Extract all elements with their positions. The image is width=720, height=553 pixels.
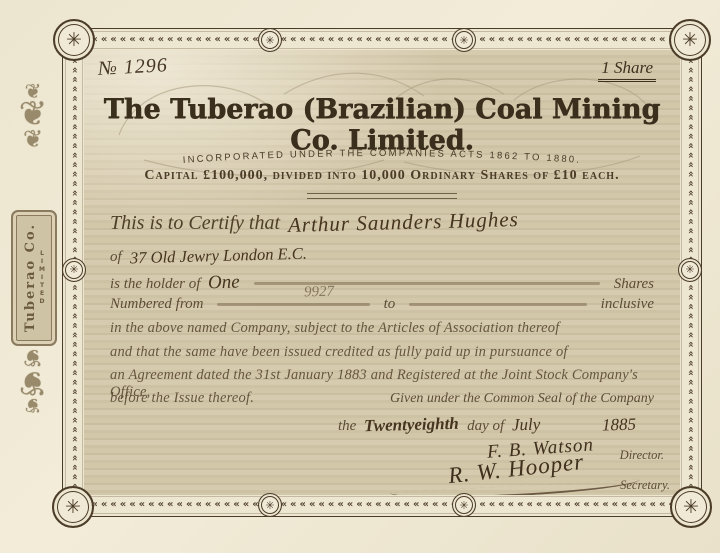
rosette-icon: ✳ <box>669 19 711 61</box>
svg-text:INCORPORATED UNDER THE COMPANI: INCORPORATED UNDER THE COMPANIES ACTS 18… <box>182 148 581 166</box>
rosette-icon: ✳ <box>258 493 282 517</box>
seal-line: before the Issue thereof. Given under th… <box>110 390 654 407</box>
certify-line: This is to Certify that Arthur Saunders … <box>110 210 654 235</box>
address-line: of 37 Old Jewry London E.C. <box>110 246 654 266</box>
of-printed: of <box>110 249 122 266</box>
certificate-panel: № 1296 1 Share The Tuberao (Brazilian) C… <box>84 50 680 495</box>
rosette-icon: ✳ <box>452 493 476 517</box>
to-printed: to <box>384 296 396 313</box>
capital-underline <box>307 193 457 199</box>
capital-line: Capital £100,000, divided into 10,000 Or… <box>84 168 680 184</box>
given-under-seal: Given under the Common Seal of the Compa… <box>390 391 654 407</box>
secretary-label: Secretary. <box>620 478 670 493</box>
floral-ornament-icon: ❦ <box>19 366 48 395</box>
stub-ornament-top: ❦ ❦ ❦ <box>4 84 62 150</box>
border-band-bottom: ««««««««««««««««««««««««««««««««««««««««… <box>62 493 702 517</box>
ruled-line <box>409 303 586 306</box>
before-issue-printed: before the Issue thereof. <box>110 390 254 407</box>
stub-limited-label: LIMITED <box>39 250 46 306</box>
day-written: Twentyeighth <box>364 414 459 436</box>
chevron-pattern: ««««««««««««««««««««««««««««««««««««««««… <box>63 29 701 50</box>
the-printed: the <box>338 418 356 435</box>
holder-name: Arthur Saunders Hughes <box>288 207 519 238</box>
rosette-icon: ✳ <box>452 28 476 52</box>
inclusive-printed: inclusive <box>601 296 654 313</box>
date-line: the Twentyeighth day of July 1885 <box>338 415 654 435</box>
floral-ornament-icon: ❦ <box>19 101 48 130</box>
director-label: Director. <box>620 448 664 463</box>
year-written: 1885 <box>602 415 637 436</box>
floral-ornament-icon: ❦ <box>23 130 43 150</box>
share-number: 9927 <box>303 284 333 302</box>
certificate-scan: ❦ ❦ ❦ Tuberao Co. LIMITED ❦ ❦ ❦ ««««««««… <box>0 0 720 553</box>
rosette-icon: ✳ <box>670 486 712 528</box>
stub-company-name: Tuberao Co. <box>23 223 38 332</box>
issued-clause: and that the same have been issued credi… <box>110 344 654 361</box>
rosette-icon: ✳ <box>52 486 94 528</box>
rosette-icon: ✳ <box>62 258 86 282</box>
issued-clause-text: and that the same have been issued credi… <box>110 344 568 361</box>
floral-ornament-icon: ❦ <box>23 346 43 366</box>
certificate-frame: ««««««««««««««««««««««««««««««««««««««««… <box>62 28 702 517</box>
holder-address: 37 Old Jewry London E.C. <box>129 244 306 269</box>
day-of-printed: day of <box>467 418 504 435</box>
certificate-number: № 1296 <box>97 54 168 81</box>
incorporation-line: INCORPORATED UNDER THE COMPANIES ACTS 18… <box>182 148 581 166</box>
border-band-top: ««««««««««««««««««««««««««««««««««««««««… <box>62 28 702 52</box>
share-quantity: One <box>208 272 240 295</box>
number-value: 1296 <box>123 54 168 78</box>
stub-banner: Tuberao Co. LIMITED <box>11 210 57 346</box>
ruled-line: 9927 <box>217 303 369 306</box>
counterfoil-stub: ❦ ❦ ❦ Tuberao Co. LIMITED ❦ ❦ ❦ <box>4 78 62 488</box>
numbered-from-printed: Numbered from <box>110 296 203 313</box>
holder-line: is the holder of One Shares <box>110 272 654 294</box>
certify-printed: This is to Certify that <box>110 212 280 235</box>
company-clause-text: in the above named Company, subject to t… <box>110 320 559 337</box>
shares-printed: Shares <box>614 276 654 293</box>
number-label: № <box>97 57 118 80</box>
stub-ornament-bottom: ❦ ❦ ❦ <box>4 346 62 412</box>
numbered-line: Numbered from 9927 to inclusive <box>110 296 654 313</box>
company-clause: in the above named Company, subject to t… <box>110 320 654 337</box>
rosette-icon: ✳ <box>258 28 282 52</box>
rosette-icon: ✳ <box>678 258 702 282</box>
share-count: 1 Share <box>598 58 656 82</box>
holder-of-printed: is the holder of <box>110 276 200 293</box>
rosette-icon: ✳ <box>53 19 95 61</box>
month-written: July <box>512 415 541 436</box>
chevron-pattern: ««««««««««««««««««««««««««««««««««««««««… <box>63 494 701 515</box>
